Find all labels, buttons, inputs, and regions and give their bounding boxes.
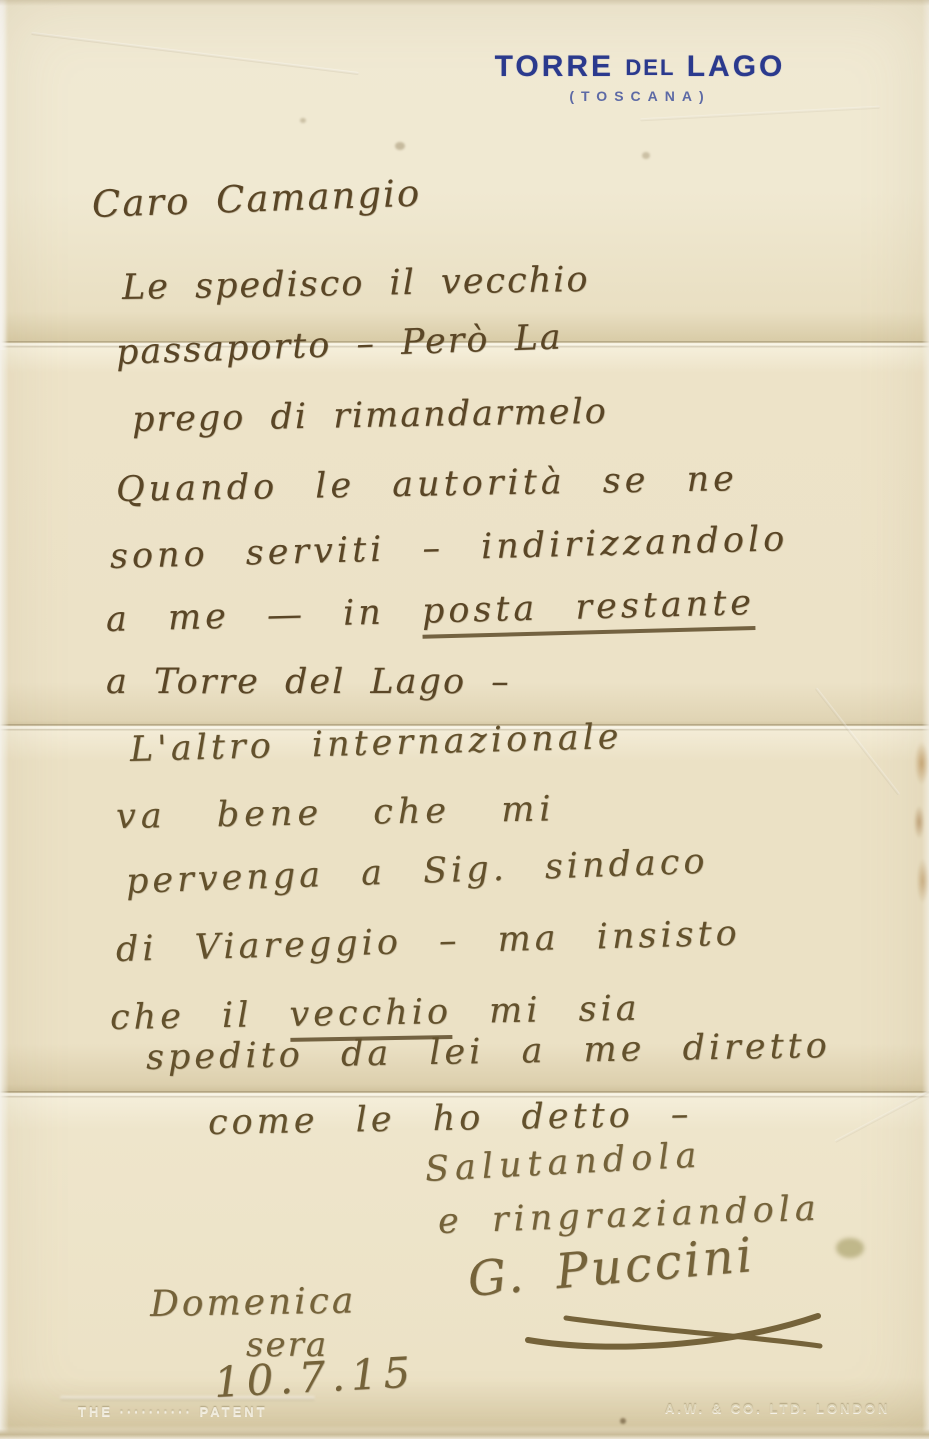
- handwritten-line: Le spedisco il vecchio: [122, 260, 590, 308]
- letterhead-word-del: DEL: [625, 55, 675, 80]
- letterhead-subtitle: (TOSCANA): [470, 88, 810, 104]
- line-text: a me — in: [105, 592, 422, 640]
- letter-sheet: TORRE DEL LAGO (TOSCANA) Caro Camangio L…: [0, 0, 929, 1439]
- paper-edge-top: [0, 0, 929, 6]
- paper-edge-left-top: [0, 0, 7, 350]
- paper-edge-right: [922, 0, 929, 1439]
- foxing-spot: [300, 118, 306, 123]
- emboss-stationer-right: A.W. & CO. LTD. LONDON: [665, 1401, 890, 1416]
- letterhead: TORRE DEL LAGO (TOSCANA): [470, 50, 810, 104]
- letterhead-word-lago: LAGO: [687, 50, 786, 83]
- fold-crease-3: [0, 1091, 929, 1098]
- signature-flourish: [520, 1292, 830, 1367]
- handwritten-line: prego di rimandarmelo: [132, 392, 609, 440]
- handwritten-line: va bene che mi: [116, 789, 556, 837]
- paper-edge-bottom: [0, 1429, 929, 1439]
- foxing-spot: [836, 1238, 864, 1258]
- line-text: mi sia: [452, 989, 641, 1032]
- underlined-phrase-posta-restante: posta restante: [421, 583, 755, 639]
- foxing-spot: [395, 142, 405, 150]
- letterhead-title: TORRE DEL LAGO: [470, 50, 810, 84]
- line-text: che il: [110, 995, 290, 1038]
- handwritten-line: come le ho detto –: [208, 1095, 693, 1143]
- letterhead-word-torre: TORRE: [495, 50, 614, 83]
- handwritten-line: a Torre del Lago –: [106, 662, 511, 702]
- date-line-day: Domenica: [150, 1280, 357, 1325]
- rust-stain: [903, 742, 929, 920]
- paper-panel-4: [0, 1095, 929, 1439]
- foxing-spot: [642, 152, 650, 159]
- emboss-stationer-left: THE ·········· PATENT: [78, 1404, 268, 1419]
- ink-speck: [620, 1418, 626, 1424]
